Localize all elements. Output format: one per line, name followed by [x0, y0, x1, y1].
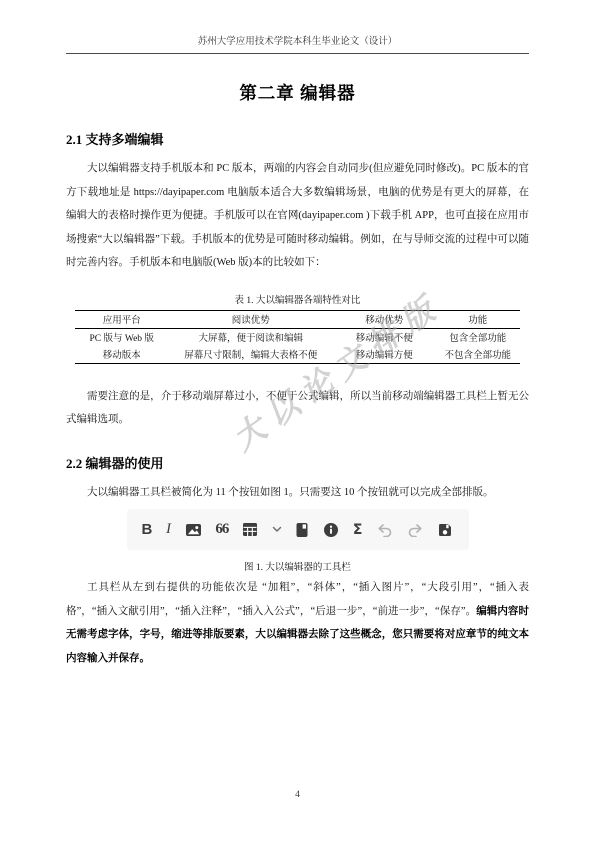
paragraph-toolbar-functions: 工具栏从左到右提供的功能依次是 “加粗”，“斜体”，“插入图片”，“大段引用”，… — [66, 576, 529, 670]
insert-citation-icon — [295, 520, 309, 540]
col-header-mobility: 移动优势 — [333, 310, 435, 328]
thesis-page: 苏州大学应用技术学院本科生毕业论文（设计） 大以论文排版 第二章 编辑器 2.1… — [0, 0, 595, 842]
redo-icon — [407, 520, 424, 540]
col-header-reading: 阅读优势 — [168, 310, 333, 328]
insert-note-info-icon — [323, 520, 339, 540]
bold-icon: B — [142, 520, 153, 540]
blockquote-icon: 66 — [215, 520, 228, 540]
cell-features: 不包含全部功能 — [435, 346, 520, 364]
cell-reading: 屏幕尺寸限制，编辑大表格不便 — [168, 346, 333, 364]
cell-platform: PC 版与 Web 版 — [75, 328, 168, 346]
italic-icon: I — [166, 520, 171, 540]
figure-caption: 图 1. 大以编辑器的工具栏 — [66, 559, 529, 573]
cell-platform: 移动版本 — [75, 346, 168, 364]
cell-mobility: 移动编辑方便 — [333, 346, 435, 364]
cell-reading: 大屏幕，便于阅读和编辑 — [168, 328, 333, 346]
paragraph-multi-device: 大以编辑器支持手机版本和 PC 版本，两端的内容会自动同步(但应避免同时修改)。… — [66, 157, 529, 275]
undo-icon — [376, 520, 393, 540]
save-icon — [437, 520, 453, 540]
cell-features: 包含全部功能 — [435, 328, 520, 346]
col-header-features: 功能 — [435, 310, 520, 328]
table-row: 移动版本 屏幕尺寸限制，编辑大表格不便 移动编辑方便 不包含全部功能 — [75, 346, 520, 364]
insert-image-icon — [185, 520, 202, 540]
section-heading-2-2: 2.2 编辑器的使用 — [66, 453, 529, 472]
page-content: 第二章 编辑器 2.1 支持多端编辑 大以编辑器支持手机版本和 PC 版本，两端… — [66, 51, 529, 670]
table-caption: 表 1. 大以编辑器各端特性对比 — [66, 292, 529, 306]
col-header-platform: 应用平台 — [75, 310, 168, 328]
paragraph-toolbar-intro: 大以编辑器工具栏被简化为 11 个按钮如图 1。只需要这 10 个按钮就可以完成… — [66, 481, 529, 505]
editor-toolbar-image: B I 66 — [127, 509, 469, 550]
insert-table-icon — [242, 520, 258, 540]
table-dropdown-chevron-icon — [272, 520, 282, 540]
table-row: PC 版与 Web 版 大屏幕，便于阅读和编辑 移动编辑不便 包含全部功能 — [75, 328, 520, 346]
cell-mobility: 移动编辑不便 — [333, 328, 435, 346]
section-heading-2-1: 2.1 支持多端编辑 — [66, 129, 529, 148]
insert-formula-sigma-icon: Σ — [353, 520, 363, 540]
toolbar-figure: B I 66 — [66, 509, 529, 550]
toolbar-functions-text: 工具栏从左到右提供的功能依次是 “加粗”，“斜体”，“插入图片”，“大段引用”，… — [66, 582, 529, 617]
paragraph-formula-note: 需要注意的是，介于移动端屏幕过小，不便于公式编辑，所以当前移动端编辑器工具栏上暂… — [66, 385, 529, 432]
chapter-title: 第二章 编辑器 — [66, 80, 529, 105]
page-number: 4 — [0, 790, 595, 800]
feature-comparison-table: 应用平台 阅读优势 移动优势 功能 PC 版与 Web 版 大屏幕，便于阅读和编… — [75, 310, 520, 364]
table-header-row: 应用平台 阅读优势 移动优势 功能 — [75, 310, 520, 328]
